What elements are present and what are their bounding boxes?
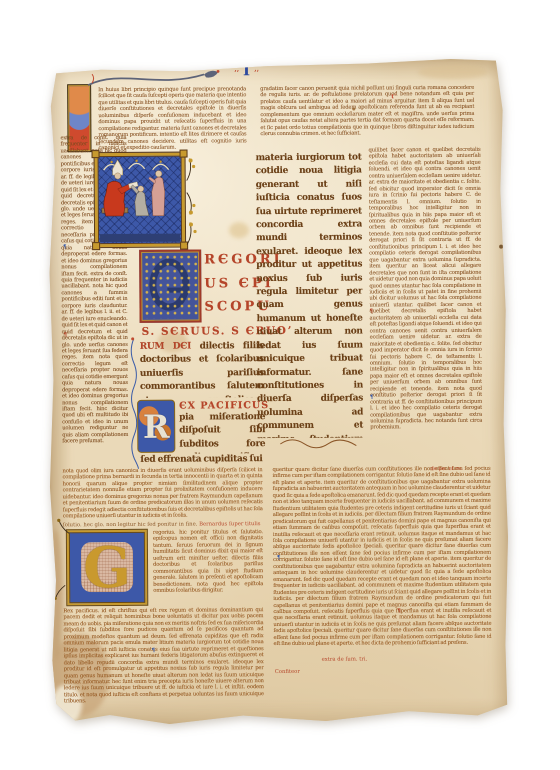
- red-tick-mark: tʼ: [391, 94, 396, 100]
- paraph-mark: ¶: [63, 245, 67, 251]
- gloss-bottom-left-main: Rex pacificus. id eſt chriſtus qui eſt r…: [63, 607, 264, 710]
- explicit-tail-flourish: [278, 436, 358, 450]
- incipit-lead-red: RUM DЄI: [140, 341, 200, 351]
- frame-corner-ornament: [92, 150, 100, 158]
- rubric-red: Bernardus ſuper titulis decretalium.: [199, 521, 261, 527]
- red-curl: [92, 74, 94, 83]
- miniature-scene: [98, 156, 183, 245]
- scholar-face: [155, 171, 161, 177]
- parchment-leaf: ʼʼ I ʼʼ In huius libri principio quinque…: [46, 57, 510, 728]
- book-numeral-group: ʼʼ I ʼʼ: [234, 62, 259, 80]
- flourish-stem: [88, 74, 204, 85]
- manuscript-photo: ʼʼ I ʼʼ In huius libri principio quinque…: [0, 0, 560, 770]
- gloss-bottom-rubric-line: ſolutio. hec glo. non legitur hic ſed po…: [63, 521, 261, 529]
- main-text-column-b: materia iurgiorum tot cotidie noua litig…: [256, 151, 364, 438]
- speck: [499, 245, 503, 249]
- paraph-mark: ¶: [397, 609, 401, 615]
- gloss-bottom-right: queritur quare dicitur ſane diuerſas cum…: [272, 466, 491, 711]
- cleric-face: [138, 186, 144, 192]
- pope-face: [115, 173, 121, 179]
- paraph-mark: ¶: [370, 395, 374, 401]
- paraph-mark: ¶: [369, 309, 373, 315]
- gold-trefoil-pattern: [143, 253, 197, 318]
- initial-R-letter: R: [138, 408, 174, 446]
- paraph-mark: ¶: [152, 649, 156, 655]
- gold-finial: [159, 161, 161, 163]
- red-dot: [217, 70, 220, 73]
- gloss-band-right: gradatim ſacer canon peruenit quia nichi…: [260, 85, 474, 144]
- gloss-right-margin: quilibet ſacer canon et quelibet decreta…: [369, 147, 483, 462]
- gloss-beside-initial: regorius. hic ponitur titulus et ſalutat…: [153, 529, 263, 605]
- numeral-penwork-right: ʼʼ: [254, 68, 259, 77]
- ground-strip: [100, 234, 180, 242]
- stain: [229, 222, 249, 238]
- gold-finial: [135, 160, 137, 162]
- paraph-mark: ¶: [64, 333, 68, 339]
- red-word-confiteor: Confiteor: [275, 669, 300, 676]
- illuminated-initial-G-gloss: G: [67, 530, 147, 605]
- incipit-text: RUM DЄI dilectis filiis doctoribus et ſc…: [140, 340, 264, 398]
- ink-sprig-decoration: [51, 583, 67, 601]
- rex-pacificus-text: pia miſeratione diſpoſuit ſibi ſubditos …: [179, 411, 265, 454]
- rex-pacificus-text-cont: ſed effrenata cupiditas ſui prodiga paci…: [140, 453, 264, 466]
- stain: [418, 65, 488, 79]
- arch-right: [153, 164, 169, 170]
- rubric-lead: ſolutio. hec glo. non legitur hic ſed po…: [63, 521, 199, 528]
- scholar-hand: [149, 177, 156, 184]
- miniature: [95, 153, 186, 248]
- gloss-bottom-left-intro: nota quod olim iura canonica in diuerſis…: [62, 467, 262, 520]
- ivy-sprig-decoration: [185, 190, 199, 216]
- gold-finial: [110, 161, 112, 163]
- arch-center: [129, 163, 145, 169]
- ivy-sprig-decoration: [185, 220, 199, 246]
- blue-filigree-flourish: [128, 337, 141, 469]
- initial-G2-letter: G: [69, 534, 145, 602]
- red-citation-fragment: extra de ſum. tri.: [322, 656, 368, 663]
- kneeling-cleric-figure: [135, 191, 149, 216]
- red-citation-fragment: de pe. et re.: [430, 466, 462, 473]
- ivy-sprig-decoration: [185, 156, 199, 182]
- illuminated-initial-G: [139, 249, 201, 322]
- paraph-mark: ¶: [277, 556, 281, 562]
- book-numeral: I: [243, 61, 250, 79]
- pope-figure: [104, 181, 125, 216]
- illuminated-initial-R: R: [137, 400, 175, 453]
- dragon-head: [204, 71, 218, 78]
- frame-corner-ornament: [92, 242, 100, 250]
- ink-sprig-decoration: [55, 517, 71, 535]
